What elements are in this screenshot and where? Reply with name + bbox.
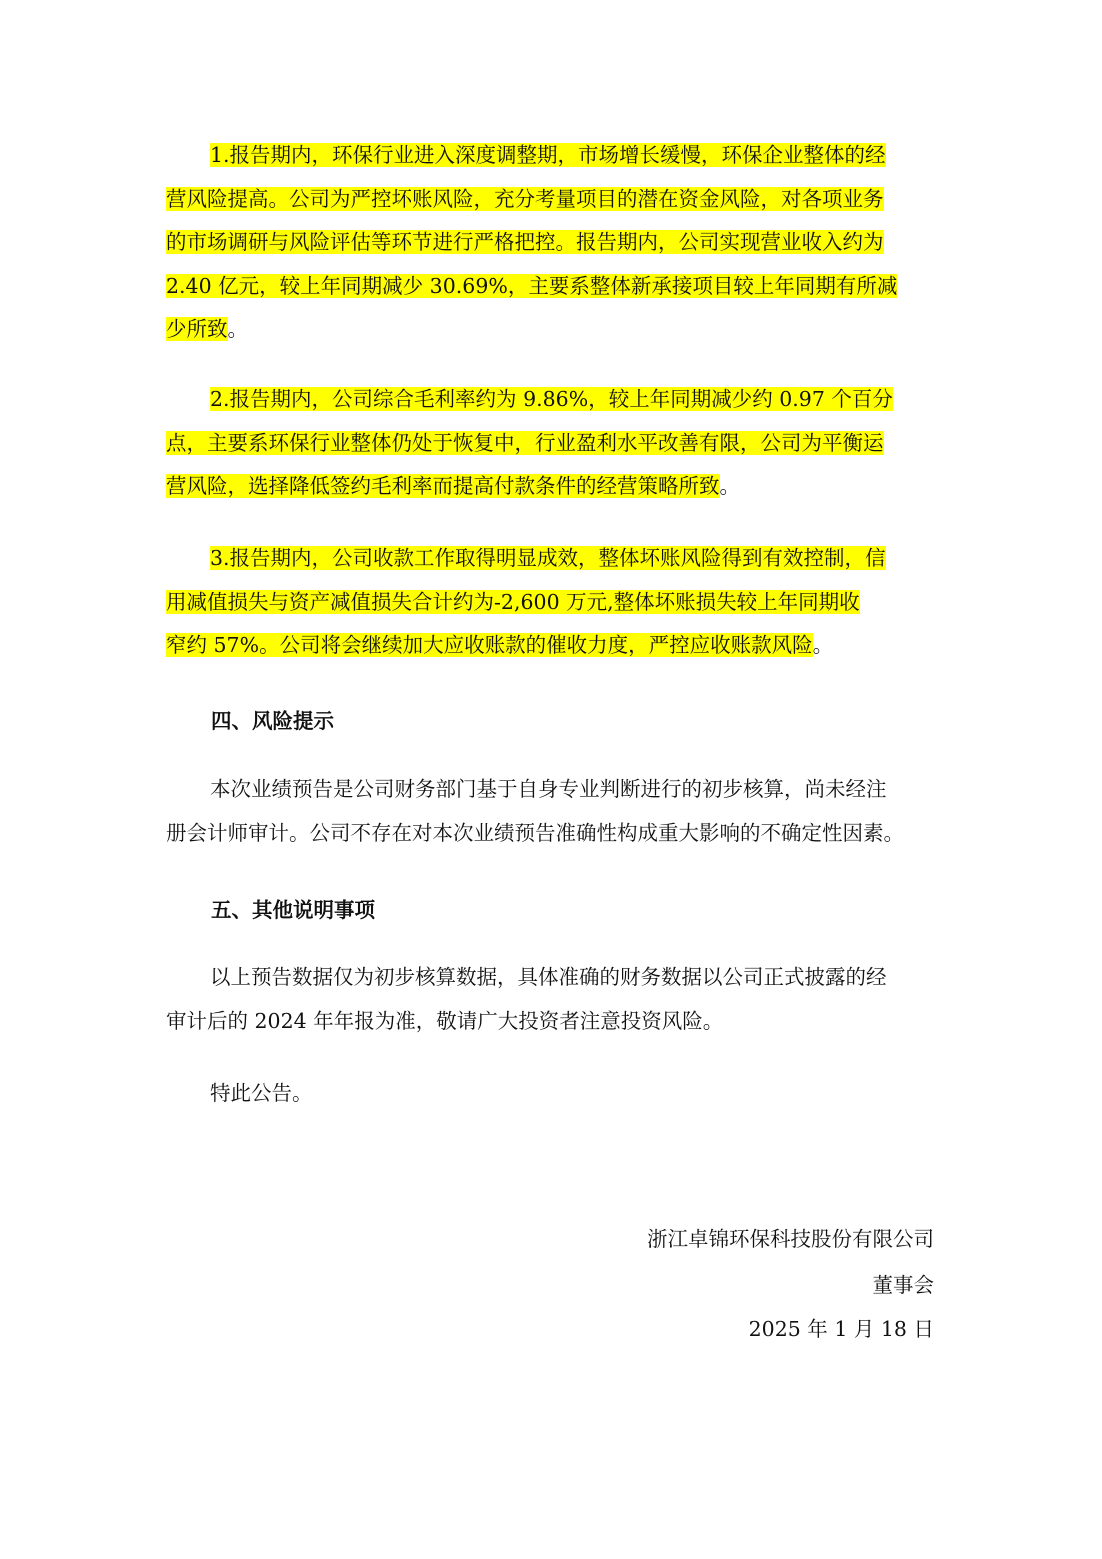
closing-statement: 特此公告。	[166, 1072, 936, 1116]
highlighted-text: 点，主要系环保行业整体仍处于恢复中，行业盈利水平改善有限，公司为平衡运	[166, 431, 884, 455]
highlighted-text: 营风险，选择降低签约毛利率而提高付款条件的经营策略所致	[166, 474, 720, 498]
highlighted-text: 1.报告期内，环保行业进入深度调整期，市场增长缓慢，环保企业整体的经	[210, 143, 886, 167]
section-heading-other: 五、其他说明事项	[211, 893, 375, 923]
end-punctuation: 。	[813, 633, 834, 657]
end-punctuation: 。	[720, 474, 741, 498]
paragraph-gross-margin: 2.报告期内，公司综合毛利率约为 9.86%，较上年同期减少约 0.97 个百分…	[166, 378, 936, 509]
highlighted-text: 2.40 亿元，较上年同期减少 30.69%，主要系整体新承接项目较上年同期有所…	[166, 274, 897, 298]
end-punctuation: 。	[228, 317, 249, 341]
highlighted-text: 用减值损失与资产减值损失合计约为-2,600 万元,整体坏账损失较上年同期收	[166, 590, 860, 614]
signature-board: 董事会	[873, 1268, 935, 1298]
section-heading-risk: 四、风险提示	[211, 704, 334, 734]
paragraph-other-notes: 以上预告数据仅为初步核算数据，具体准确的财务数据以公司正式披露的经 审计后的 2…	[166, 956, 936, 1043]
document-page: 1.报告期内，环保行业进入深度调整期，市场增长缓慢，环保企业整体的经 营风险提高…	[0, 0, 1102, 1559]
signature-company: 浙江卓锦环保科技股份有限公司	[647, 1222, 934, 1252]
signature-date: 2025 年 1 月 18 日	[749, 1312, 934, 1342]
highlighted-text: 营风险提高。公司为严控坏账风险，充分考量项目的潜在资金风险，对各项业务	[166, 187, 884, 211]
paragraph-risk-notice: 本次业绩预告是公司财务部门基于自身专业判断进行的初步核算，尚未经注 册会计师审计…	[166, 768, 936, 855]
highlighted-text: 3.报告期内，公司收款工作取得明显成效，整体坏账风险得到有效控制，信	[210, 546, 886, 570]
highlighted-text: 的市场调研与风险评估等环节进行严格把控。报告期内，公司实现营业收入约为	[166, 230, 884, 254]
highlighted-text: 2.报告期内，公司综合毛利率约为 9.86%，较上年同期减少约 0.97 个百分	[210, 387, 893, 411]
paragraph-revenue: 1.报告期内，环保行业进入深度调整期，市场增长缓慢，环保企业整体的经 营风险提高…	[166, 134, 936, 352]
highlighted-text: 窄约 57%。公司将会继续加大应收账款的催收力度，严控应收账款风险	[166, 633, 813, 657]
highlighted-text: 少所致	[166, 317, 228, 341]
paragraph-bad-debt: 3.报告期内，公司收款工作取得明显成效，整体坏账风险得到有效控制，信 用减值损失…	[166, 537, 936, 668]
